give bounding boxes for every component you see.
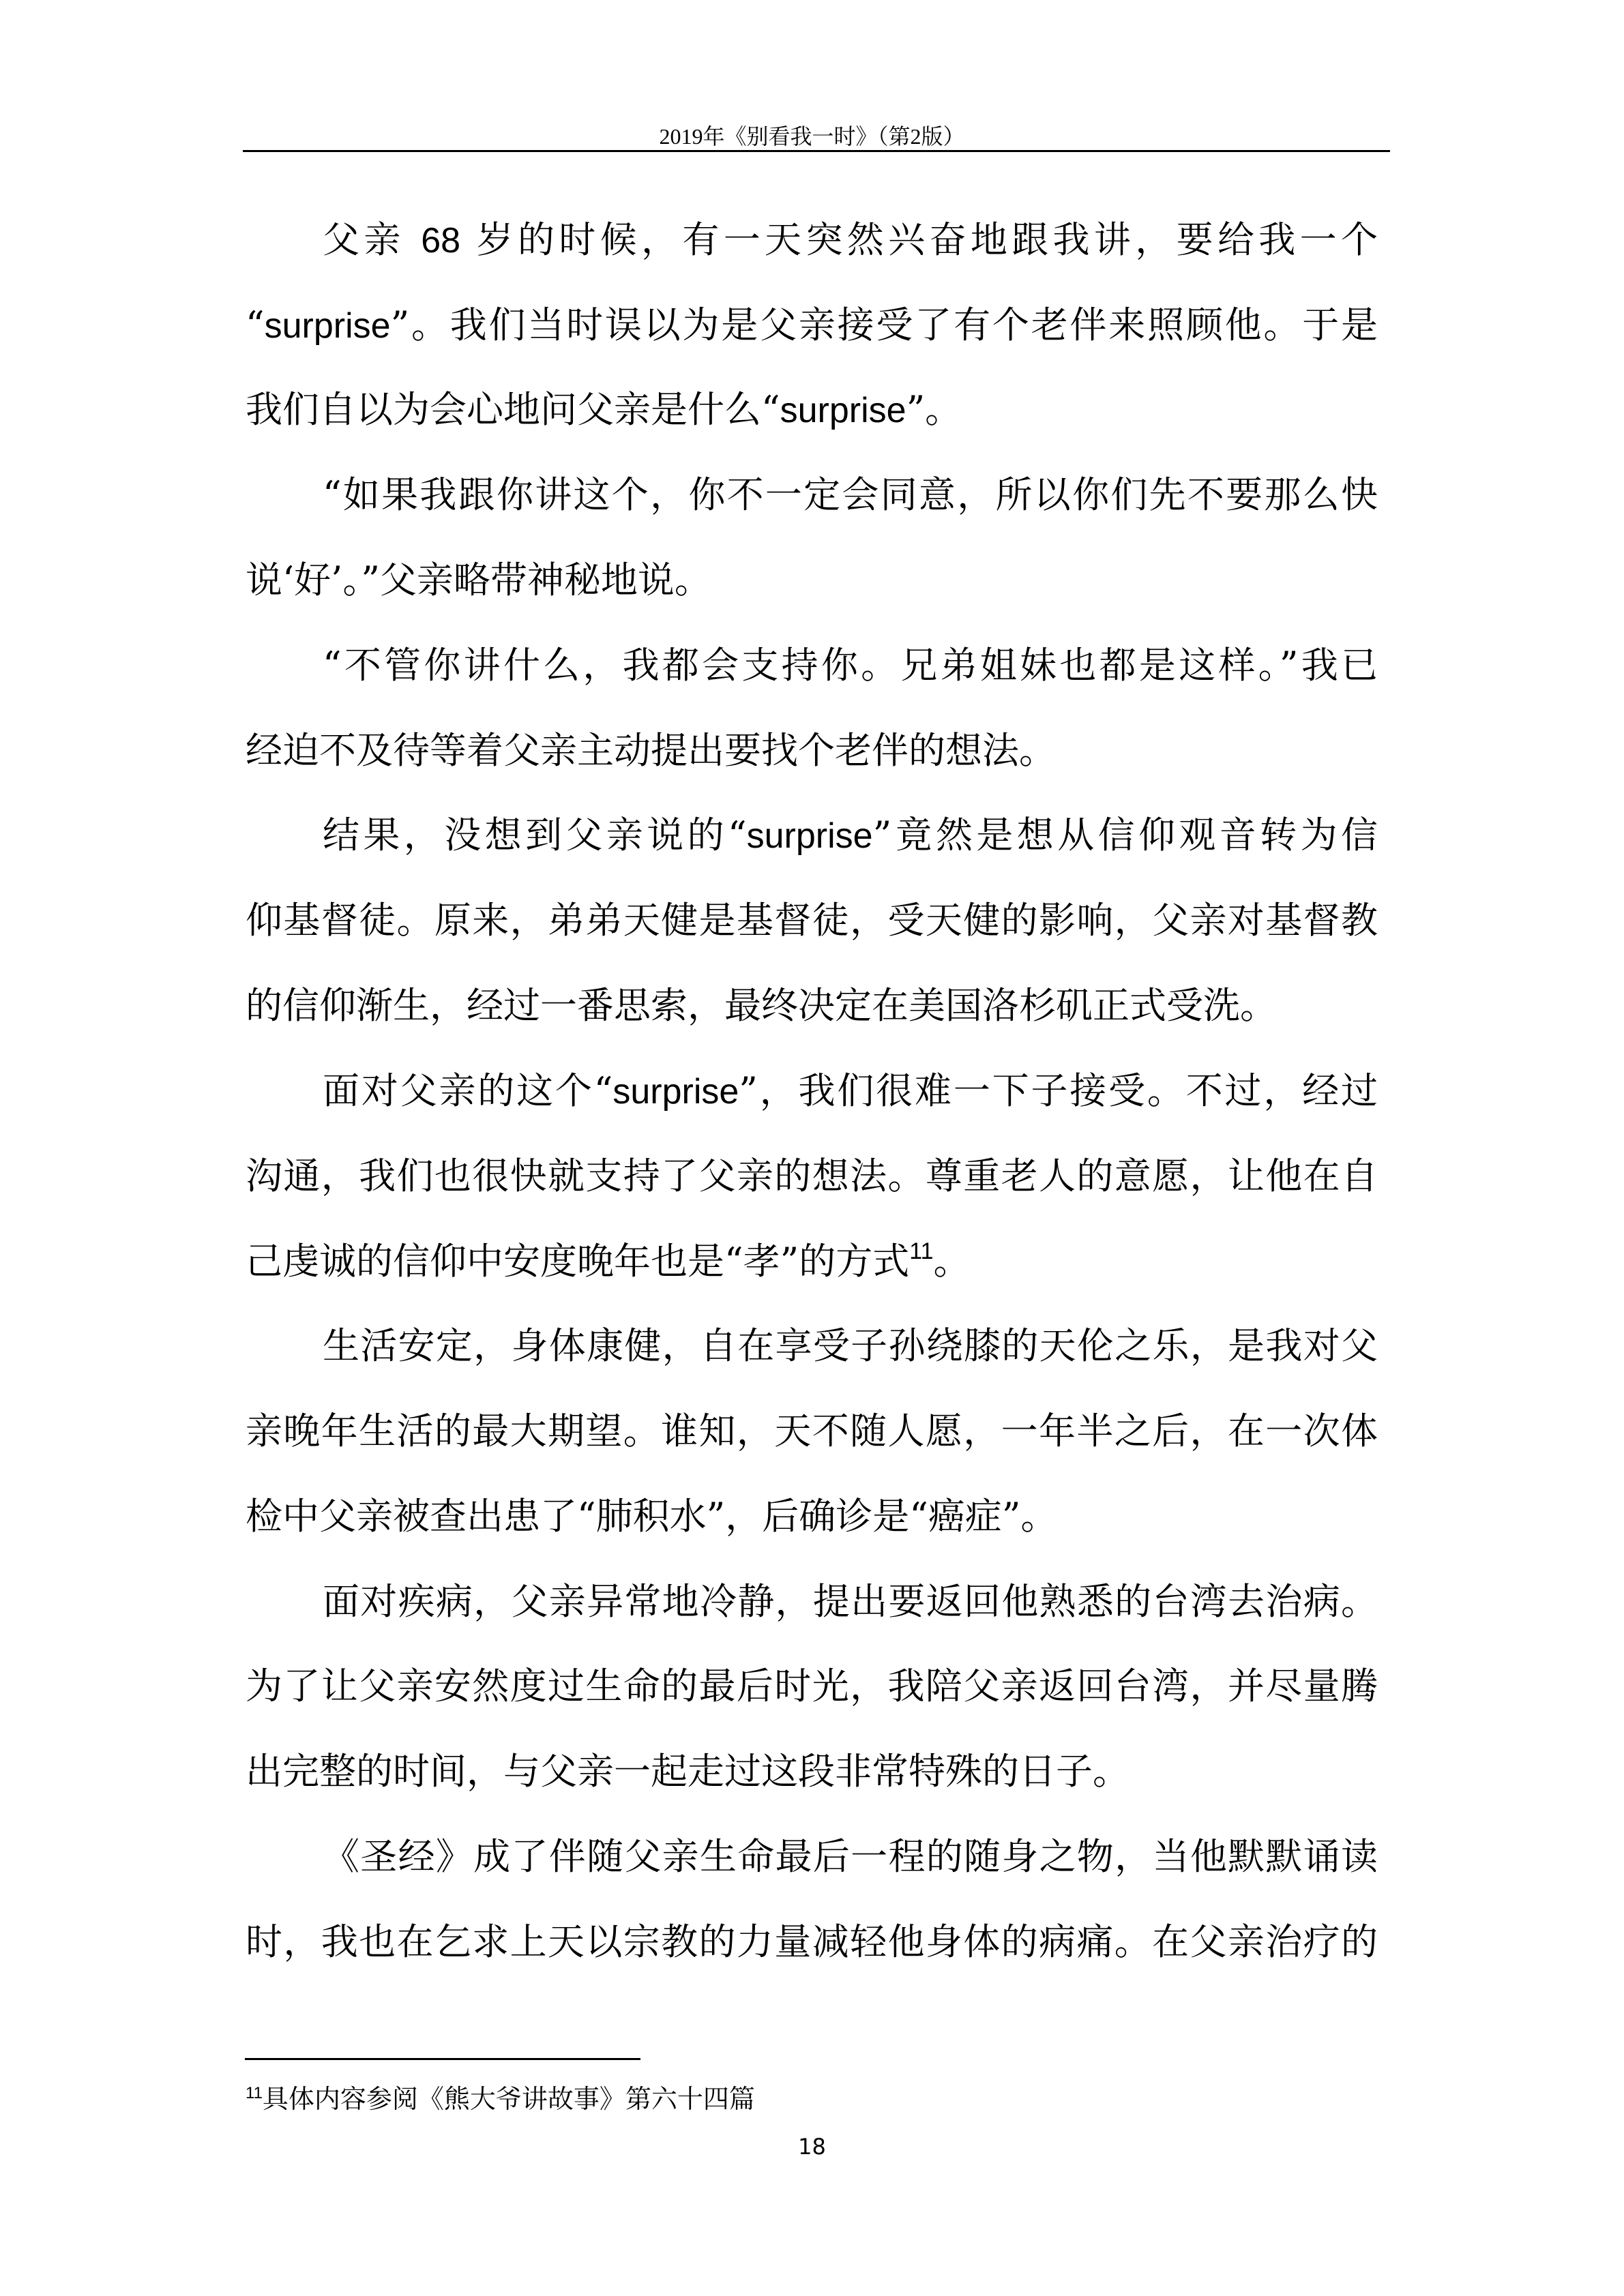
paragraph-6-line-1: 生活安定，身体康健，自在享受子孙绕膝的天伦之乐，是我对父 [323, 1303, 1378, 1388]
paragraph-3-line-1: “不管你讲什么，我都会支持你。兄弟姐妹也都是这样。”我已 [323, 623, 1378, 708]
footnote-text: 具体内容参阅《熊大爷讲故事》第六十四篇 [263, 2084, 755, 2114]
paragraph-5-line-3: 己虔诚的信仰中安度晚年也是“孝”的方式11。 [246, 1219, 1378, 1304]
footnote-reference[interactable]: 11 [909, 1238, 933, 1264]
paragraph-5-line-1: 面对父亲的这个“surprise”，我们很难一下子接受。不过，经过 [323, 1048, 1378, 1133]
paragraph-7-line-1: 面对疾病，父亲异常地冷静，提出要返回他熟悉的台湾去治病。 [323, 1559, 1378, 1644]
page-number: 18 [0, 2133, 1624, 2160]
header-divider [243, 150, 1390, 152]
paragraph-1-line-1: 父亲 68 岁的时候，有一天突然兴奋地跟我讲，要给我一个 [323, 197, 1378, 282]
paragraph-7-line-3: 出完整的时间，与父亲一起走过这段非常特殊的日子。 [246, 1729, 1378, 1814]
document-page: 2019年《别看我一时》（第2版） 父亲 68 岁的时候，有一天突然兴奋地跟我讲… [0, 0, 1624, 2296]
paragraph-4-line-2: 仰基督徒。原来，弟弟天健是基督徒，受天健的影响，父亲对基督教 [246, 878, 1378, 963]
paragraph-1-line-2: “surprise”。我们当时误以为是父亲接受了有个老伴来照顾他。于是 [246, 282, 1378, 368]
paragraph-1-line-3: 我们自以为会心地问父亲是什么“surprise”。 [246, 367, 1378, 452]
footnote: 11具体内容参阅《熊大爷讲故事》第六十四篇 [246, 2078, 755, 2119]
paragraph-8-line-1: 《圣经》成了伴随父亲生命最后一程的随身之物，当他默默诵读 [323, 1814, 1378, 1899]
paragraph-7-line-2: 为了让父亲安然度过生命的最后时光，我陪父亲返回台湾，并尽量腾 [246, 1643, 1378, 1729]
paragraph-6-line-3: 检中父亲被查出患了“肺积水”，后确诊是“癌症”。 [246, 1474, 1378, 1559]
age-number: 68 [421, 221, 460, 260]
paragraph-2-line-2: 说‘好’。”父亲略带神秘地说。 [246, 537, 1378, 623]
footnote-marker: 11 [246, 2084, 263, 2102]
running-header: 2019年《别看我一时》（第2版） [0, 123, 1624, 150]
paragraph-3-line-2: 经迫不及待等着父亲主动提出要找个老伴的想法。 [246, 708, 1378, 793]
paragraph-6-line-2: 亲晚年生活的最大期望。谁知，天不随人愿，一年半之后，在一次体 [246, 1388, 1378, 1474]
footnote-separator [245, 2058, 640, 2060]
paragraph-5-line-2: 沟通，我们也很快就支持了父亲的想法。尊重老人的意愿，让他在自 [246, 1133, 1378, 1219]
paragraph-4-line-3: 的信仰渐生，经过一番思索，最终决定在美国洛杉矶正式受洗。 [246, 963, 1378, 1048]
paragraph-8-line-2: 时，我也在乞求上天以宗教的力量减轻他身体的病痛。在父亲治疗的 [246, 1899, 1378, 1984]
paragraph-2-line-1: “如果我跟你讲这个，你不一定会同意，所以你们先不要那么快 [323, 452, 1378, 537]
paragraph-4-line-1: 结果，没想到父亲说的“surprise”竟然是想从信仰观音转为信 [323, 792, 1378, 878]
